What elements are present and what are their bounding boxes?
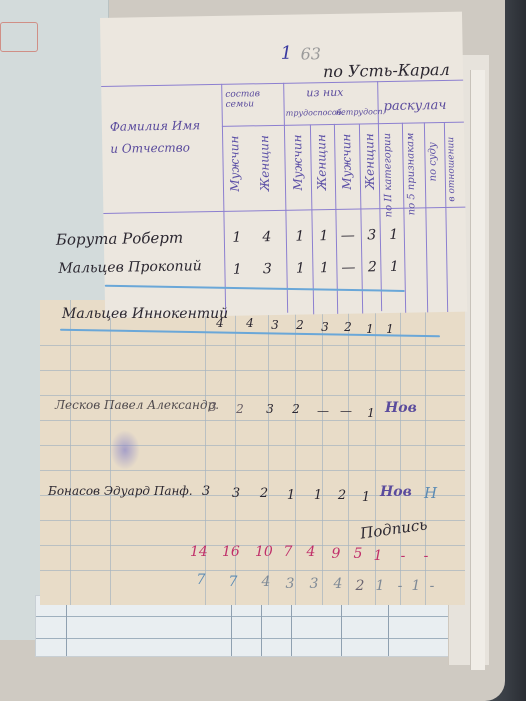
- total-blue: 7: [225, 574, 241, 590]
- row-5-cell: 1: [358, 490, 374, 505]
- header-of-them: из них: [306, 86, 343, 100]
- row-2-cell: 1: [229, 262, 245, 278]
- col-notable-men: Мужчин: [339, 134, 354, 190]
- row-3-cell: 3: [317, 320, 333, 334]
- row-4-cell: —: [338, 404, 354, 418]
- row-1-cell: 3: [364, 227, 380, 243]
- total-blue: 3: [306, 576, 322, 592]
- stacked-sheets-edge-2: [470, 70, 485, 670]
- row-1-cell: 1: [386, 227, 402, 243]
- total-blue: 1: [408, 578, 424, 594]
- total-red: 9: [328, 546, 344, 562]
- row-5-cell: 1: [283, 488, 299, 503]
- total-red: 14: [190, 544, 206, 560]
- row-5-cell: 3: [228, 486, 244, 501]
- total-red: -: [395, 548, 411, 564]
- total-red: 7: [280, 544, 296, 560]
- row-3-name: Мальцев Иннокентий: [62, 306, 228, 322]
- total-blue: -: [392, 578, 408, 594]
- row-2-cell: 2: [364, 259, 380, 275]
- col-category-2: по II категории: [382, 133, 394, 218]
- location-header: по Усть-Карал: [323, 60, 450, 81]
- row-2-cell: —: [340, 260, 356, 276]
- row-1-name: Борута Роберт: [56, 229, 184, 249]
- row-2-cell: 1: [292, 260, 308, 276]
- col-regarding: в отношении: [446, 137, 457, 202]
- total-blue: 4: [258, 574, 274, 590]
- row-5-cell: 2: [334, 488, 350, 503]
- header-not-able: нетрудосп.: [336, 107, 386, 117]
- row-3-cell: 4: [242, 316, 258, 330]
- row-5-cell: 2: [256, 486, 272, 501]
- page-number: 1: [280, 43, 292, 64]
- total-red: -: [418, 548, 434, 564]
- total-red: 4: [303, 544, 319, 560]
- total-blue: 2: [352, 578, 368, 594]
- row-5-cell: 1: [310, 488, 326, 503]
- main-table-sheet: 1 63 по Усть-Карал Фамилия Имя и Отчеств…: [100, 12, 467, 318]
- page-number-pencil: 63: [300, 44, 321, 63]
- row-1-cell: 1: [316, 228, 332, 244]
- row-1-cell: 4: [259, 229, 275, 245]
- row-4-cell: 2: [232, 402, 248, 416]
- header-family: состав семьи: [225, 89, 281, 110]
- col-able-men: Мужчин: [290, 134, 305, 190]
- row-1-cell: —: [340, 228, 356, 244]
- row-3-cell: 4: [212, 316, 228, 330]
- row-2-cell: 3: [259, 261, 275, 277]
- col-by-court: по суду: [427, 142, 439, 181]
- row-5-cell: 3: [198, 484, 214, 499]
- row-4-cell: 1: [363, 406, 379, 420]
- col-women: Женщин: [257, 135, 272, 191]
- row-4-cell: —: [315, 404, 331, 418]
- header-name: Фамилия Имя и Отчество: [110, 114, 211, 160]
- total-red: 10: [255, 544, 271, 560]
- row-3-cell: 2: [292, 318, 308, 332]
- red-stamp: [0, 22, 38, 52]
- header-dispossessed: раскулач: [383, 98, 446, 114]
- row-4-cell: 3: [262, 402, 278, 416]
- row-3-cell: 2: [340, 320, 356, 334]
- row-4-name: Лесков Павел Александр.: [55, 398, 219, 412]
- row-1-cell: 1: [229, 230, 245, 246]
- row-4-cell: 3: [205, 400, 221, 414]
- total-blue: 7: [193, 572, 209, 588]
- row-5-name: Бонасов Эдуард Панф.: [48, 484, 193, 498]
- total-red: 5: [350, 546, 366, 562]
- row-4-cell: 2: [288, 402, 304, 416]
- total-blue: 1: [372, 578, 388, 594]
- row-3-cell: 3: [267, 318, 283, 332]
- total-blue: -: [424, 578, 440, 594]
- row-2-cell: 1: [316, 260, 332, 276]
- row-5-status: Нов: [380, 484, 412, 500]
- row-2-cell: 1: [386, 259, 402, 275]
- total-blue: 4: [330, 576, 346, 592]
- total-red: 16: [222, 544, 238, 560]
- total-red: 1: [370, 548, 386, 564]
- col-notable-women: Женщин: [362, 133, 377, 189]
- row-1-cell: 1: [292, 228, 308, 244]
- col-able-women: Женщин: [314, 134, 329, 190]
- ink-stain: [110, 430, 140, 470]
- row-2-name: Мальцев Прокопий: [58, 258, 202, 276]
- row-4-status: Нов: [385, 400, 417, 416]
- row-5-mark: Н: [424, 484, 437, 502]
- col-signs-5: по 5 признакам: [405, 133, 417, 216]
- col-men: Мужчин: [227, 136, 242, 192]
- total-blue: 3: [282, 576, 298, 592]
